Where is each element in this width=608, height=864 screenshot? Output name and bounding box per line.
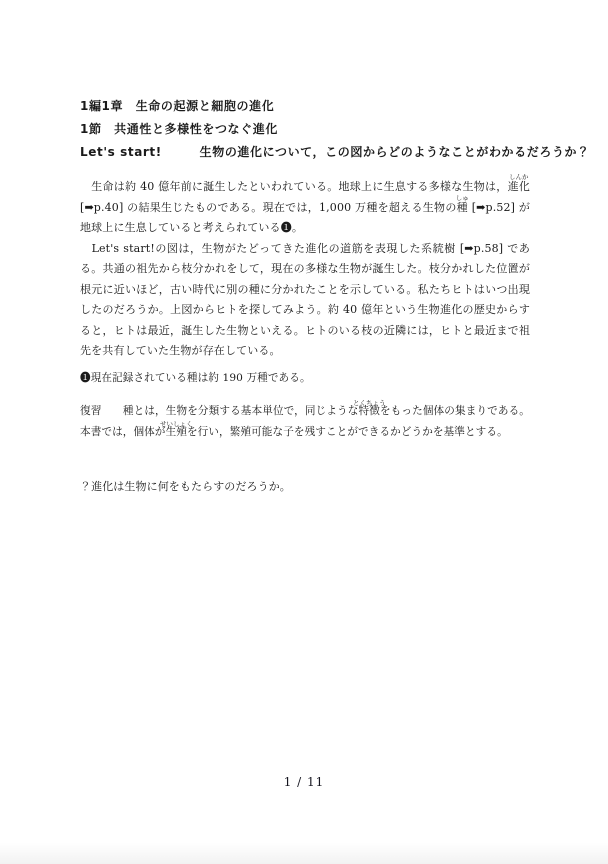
lets-start-heading: Let's start! 生物の進化について，この図からどのようなことがわかるだ… <box>80 141 530 164</box>
furigana-text: とくちょう <box>353 400 386 407</box>
ruby-annotated-word: せいしょく生殖 <box>166 426 187 438</box>
footnote-species-count: ❶現在記録されている種は約 190 万種である。 <box>80 368 530 389</box>
ruby-annotated-word: しゅ種 <box>457 201 468 214</box>
chapter-heading: 1編1章 生命の起源と細胞の進化 <box>80 95 530 118</box>
furigana-text: しんか <box>509 174 529 181</box>
ruby-annotated-word: とくちょう特徴 <box>359 405 380 417</box>
text-block: 1編1章 生命の起源と細胞の進化 1節 共通性と多様性をつなぐ進化 Let's … <box>80 95 530 498</box>
section-heading: 1節 共通性と多様性をつなぐ進化 <box>80 118 530 141</box>
page-bottom-edge <box>0 842 608 864</box>
ruby-annotated-word: しんか進化 <box>508 180 530 193</box>
paragraph-origin-of-life: 生命は約 40 億年前に誕生したといわれている。地球上に生息する多様な生物は，し… <box>80 177 530 239</box>
furigana-text: せいしょく <box>160 421 193 428</box>
paragraph-phylogenetic-tree: Let's start!の図は，生物がたどってきた進化の道筋を表現した系統樹 [… <box>80 239 530 362</box>
page-number: 1 / 11 <box>0 775 608 789</box>
review-note-species-definition: 復習 種とは，生物を分類する基本単位で，同じようなとくちょう特徴をもった個体の集… <box>80 401 530 443</box>
furigana-text: しゅ <box>456 195 469 202</box>
chapter-guiding-question: ？進化は生物に何をもたらすのだろうか。 <box>80 477 530 498</box>
document-page: 1編1章 生命の起源と細胞の進化 1節 共通性と多様性をつなぐ進化 Let's … <box>0 0 608 864</box>
